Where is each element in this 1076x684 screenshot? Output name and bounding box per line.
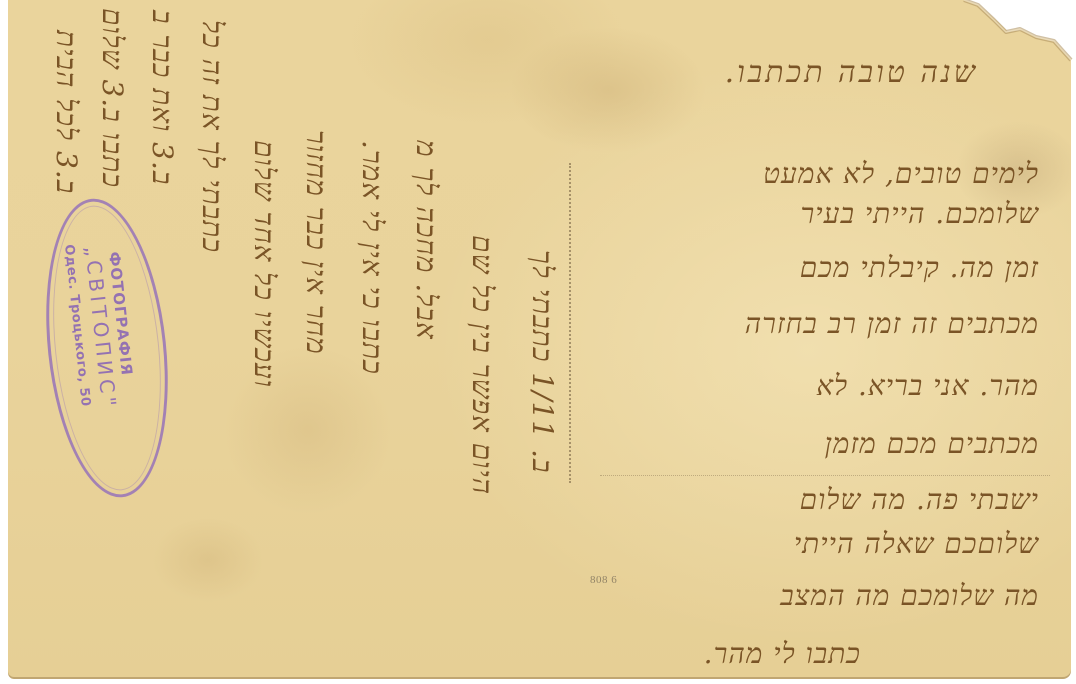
- address-divider-line: [569, 163, 571, 483]
- message-line: לימים טובים, לא אמעט: [763, 160, 1039, 188]
- message-line: מה שלומכם מה המצב: [780, 582, 1039, 610]
- message-line: מכתבים מכם מזמן: [825, 430, 1039, 458]
- sideways-line: כתבו כי אין לי אמר.: [358, 140, 386, 375]
- greeting-text: שנה טובה תכתבו.: [528, 58, 978, 88]
- sideways-line: ב. 1/11 כתבתי לך: [528, 250, 556, 474]
- message-line: זמן מה. קיבלתי מכם: [800, 254, 1039, 282]
- message-line: מהר. אני בריא. לא: [816, 372, 1039, 400]
- message-line: שלומכם. הייתי בעיר: [801, 200, 1040, 228]
- sideways-line: ועכשיו כל אחד שלום: [250, 140, 278, 388]
- sideways-line: היום אפשר בין כל שם: [468, 235, 496, 495]
- sideways-line: כתבו ב.3 שלום: [98, 8, 126, 188]
- message-line: שלוםכם שאלה הייתי: [794, 530, 1039, 558]
- sideways-line: ב.3 לכל הבית: [52, 30, 80, 194]
- sideways-line: כתבתי לך את זה כל: [198, 20, 226, 253]
- postcard: שנה טובה תכתבו. 808 6 לימים טובים, לא אמ…: [8, 0, 1071, 679]
- print-mark: 808 6: [590, 574, 617, 586]
- message-line: ישבתי פה. מה שלום: [800, 486, 1039, 514]
- sideways-line: מחר אין כבר מחזור: [302, 130, 330, 355]
- message-line: מכתבים זה זמן רב בחזרה: [745, 310, 1039, 338]
- address-dotted-line: [600, 475, 1050, 476]
- photo-studio-stamp: ФОТОГРАФІЯ „СВІТОПИС" Одес. Троцького, 5…: [33, 193, 182, 504]
- message-line: כתבו לי מהר.: [704, 640, 861, 668]
- sideways-line: אבל. מחכה לך מ: [412, 140, 440, 340]
- sideways-line: ב.3 ואת כבר ב: [148, 10, 176, 185]
